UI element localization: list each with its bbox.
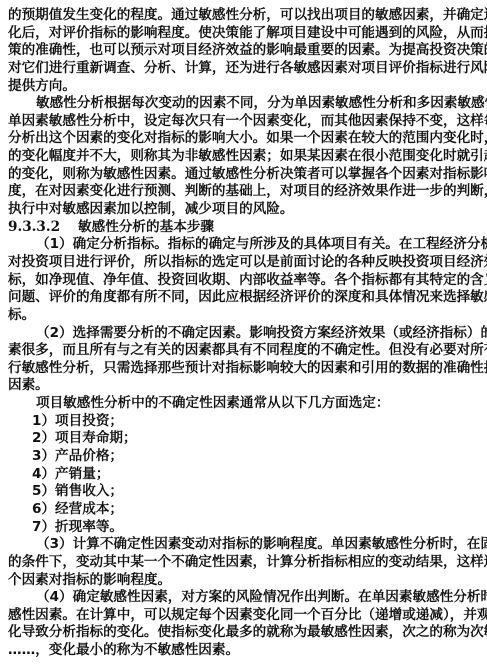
text-line: 3）产品价格； [8,448,481,466]
section-heading: 9.3.3.2敏感性分析的基本步骤 [8,219,481,237]
text-line: 7）折现率等。 [8,519,481,537]
text-line: 执行中对敏感因素加以控制，减少项目的风险。 [8,201,481,219]
text-line: （3）计算不确定性因素变动对指标的影响程度。单因素敏感性分析时，在固定其他因素 [8,536,481,554]
text-line: 单因素敏感性分析中，设定每次只有一个因素变化，而其他因素保持不变，这样每次就可以 [8,113,481,131]
text-line: 标，如净现值、净年值、投资回收期、内部收益率等。各个指标都有其特定的含义，反映的 [8,272,481,290]
section-title: 敏感性分析的基本步骤 [78,219,214,235]
text-line: 感性因素。在计算中，可以规定每个因素变化同一个百分比（递增或递减），并观察因素变 [8,607,481,625]
text-line: 度，在对因素变化进行预测、判断的基础上，对项目的经济效果作进一步的判断，或在实际 [8,183,481,201]
text-line: （4）确定敏感性因素，对方案的风险情况作出判断。在单因素敏感性分析时，要确定敏 [8,589,481,607]
text-line: 的变化幅度并不大，则称其为非敏感性因素；如果某因素在很小范围变化时就引起指标很大 [8,148,481,166]
text-line: 化后，对评价指标的影响程度。使决策能了解项目建设中可能遇到的风险，从而提高投资决 [8,25,481,43]
text-line: 标。 [8,307,481,325]
text-line: 提供方向。 [8,78,481,96]
text-line: 对投资项目进行评价，所以指标的选定可以是前面讨论的各种反映投资项目经济效果的指 [8,254,481,272]
text-line: 行敏感性分析，只需选择那些预计对指标影响较大的因素和引用的数据的准确性把握不大的 [8,360,481,378]
paragraph-block-steps: （1）确定分析指标。指标的确定与所涉及的具体项目有关。在工程经济分析中，大多是对… [8,236,481,659]
text-line: 的预期值发生变化的程度。通过敏感性分析，可以找出项目的敏感因素，并确定这些因素变 [8,7,481,25]
text-line: 6）经营成本； [8,501,481,519]
text-line: 策的准确性，也可以预示对项目经济效益的影响最重要的因素。为提高投资决策的可靠性而 [8,42,481,60]
text-line: 2）项目寿命期； [8,430,481,448]
text-line: 化导致分析指标的变化。使指标变化最多的就称为最敏感性因素，次之的称为次敏感性因素 [8,624,481,642]
text-line: 个因素对指标的影响程度。 [8,572,481,590]
text-line: 1）项目投资； [8,413,481,431]
text-line: 的条件下，变动其中某一个不确定性因素，计算分析指标相应的变动结果，这样逐一得到每 [8,554,481,572]
text-line: 分析出这个因素的变化对指标的影响大小。如果一个因素在较大的范围内变化时，引起指标 [8,130,481,148]
paragraph-block-intro: 的预期值发生变化的程度。通过敏感性分析，可以找出项目的敏感因素，并确定这些因素变… [8,7,481,219]
text-line: 因素。 [8,377,481,395]
text-line: （1）确定分析指标。指标的确定与所涉及的具体项目有关。在工程经济分析中，大多是 [8,236,481,254]
document-page: 的预期值发生变化的程度。通过敏感性分析，可以找出项目的敏感因素，并确定这些因素变… [8,7,481,660]
text-line: （2）选择需要分析的不确定因素。影响投资方案经济效果（或经济指标）的不确定性因 [8,325,481,343]
text-line: 素很多，而且所有与之有关的因素都具有不同程度的不确定性。但没有必要对所有因素都进 [8,342,481,360]
text-line: ……，变化最小的称为不敏感性因素。 [8,642,481,660]
text-line: 5）销售收入； [8,483,481,501]
text-line: 项目敏感性分析中的不确定性因素通常从以下几方面选定： [8,395,481,413]
text-line: 敏感性分析根据每次变动的因素不同，分为单因素敏感性分析和多因素敏感性分析。在 [8,95,481,113]
text-line: 的变化，则称为敏感性因素。通过敏感性分析决策者可以掌握各个因素对指标影响的重要程 [8,166,481,184]
text-line: 问题、评价的角度都有所不同，因此应根据经济评价的深度和具体情况来选择敏感性分析指 [8,289,481,307]
text-line: 对它们进行重新调查、分析、计算，还为进行各敏感因素对项目评价指标进行风险概率分析 [8,60,481,78]
text-line: 4）产销量； [8,466,481,484]
section-number: 9.3.3.2 [8,219,60,235]
